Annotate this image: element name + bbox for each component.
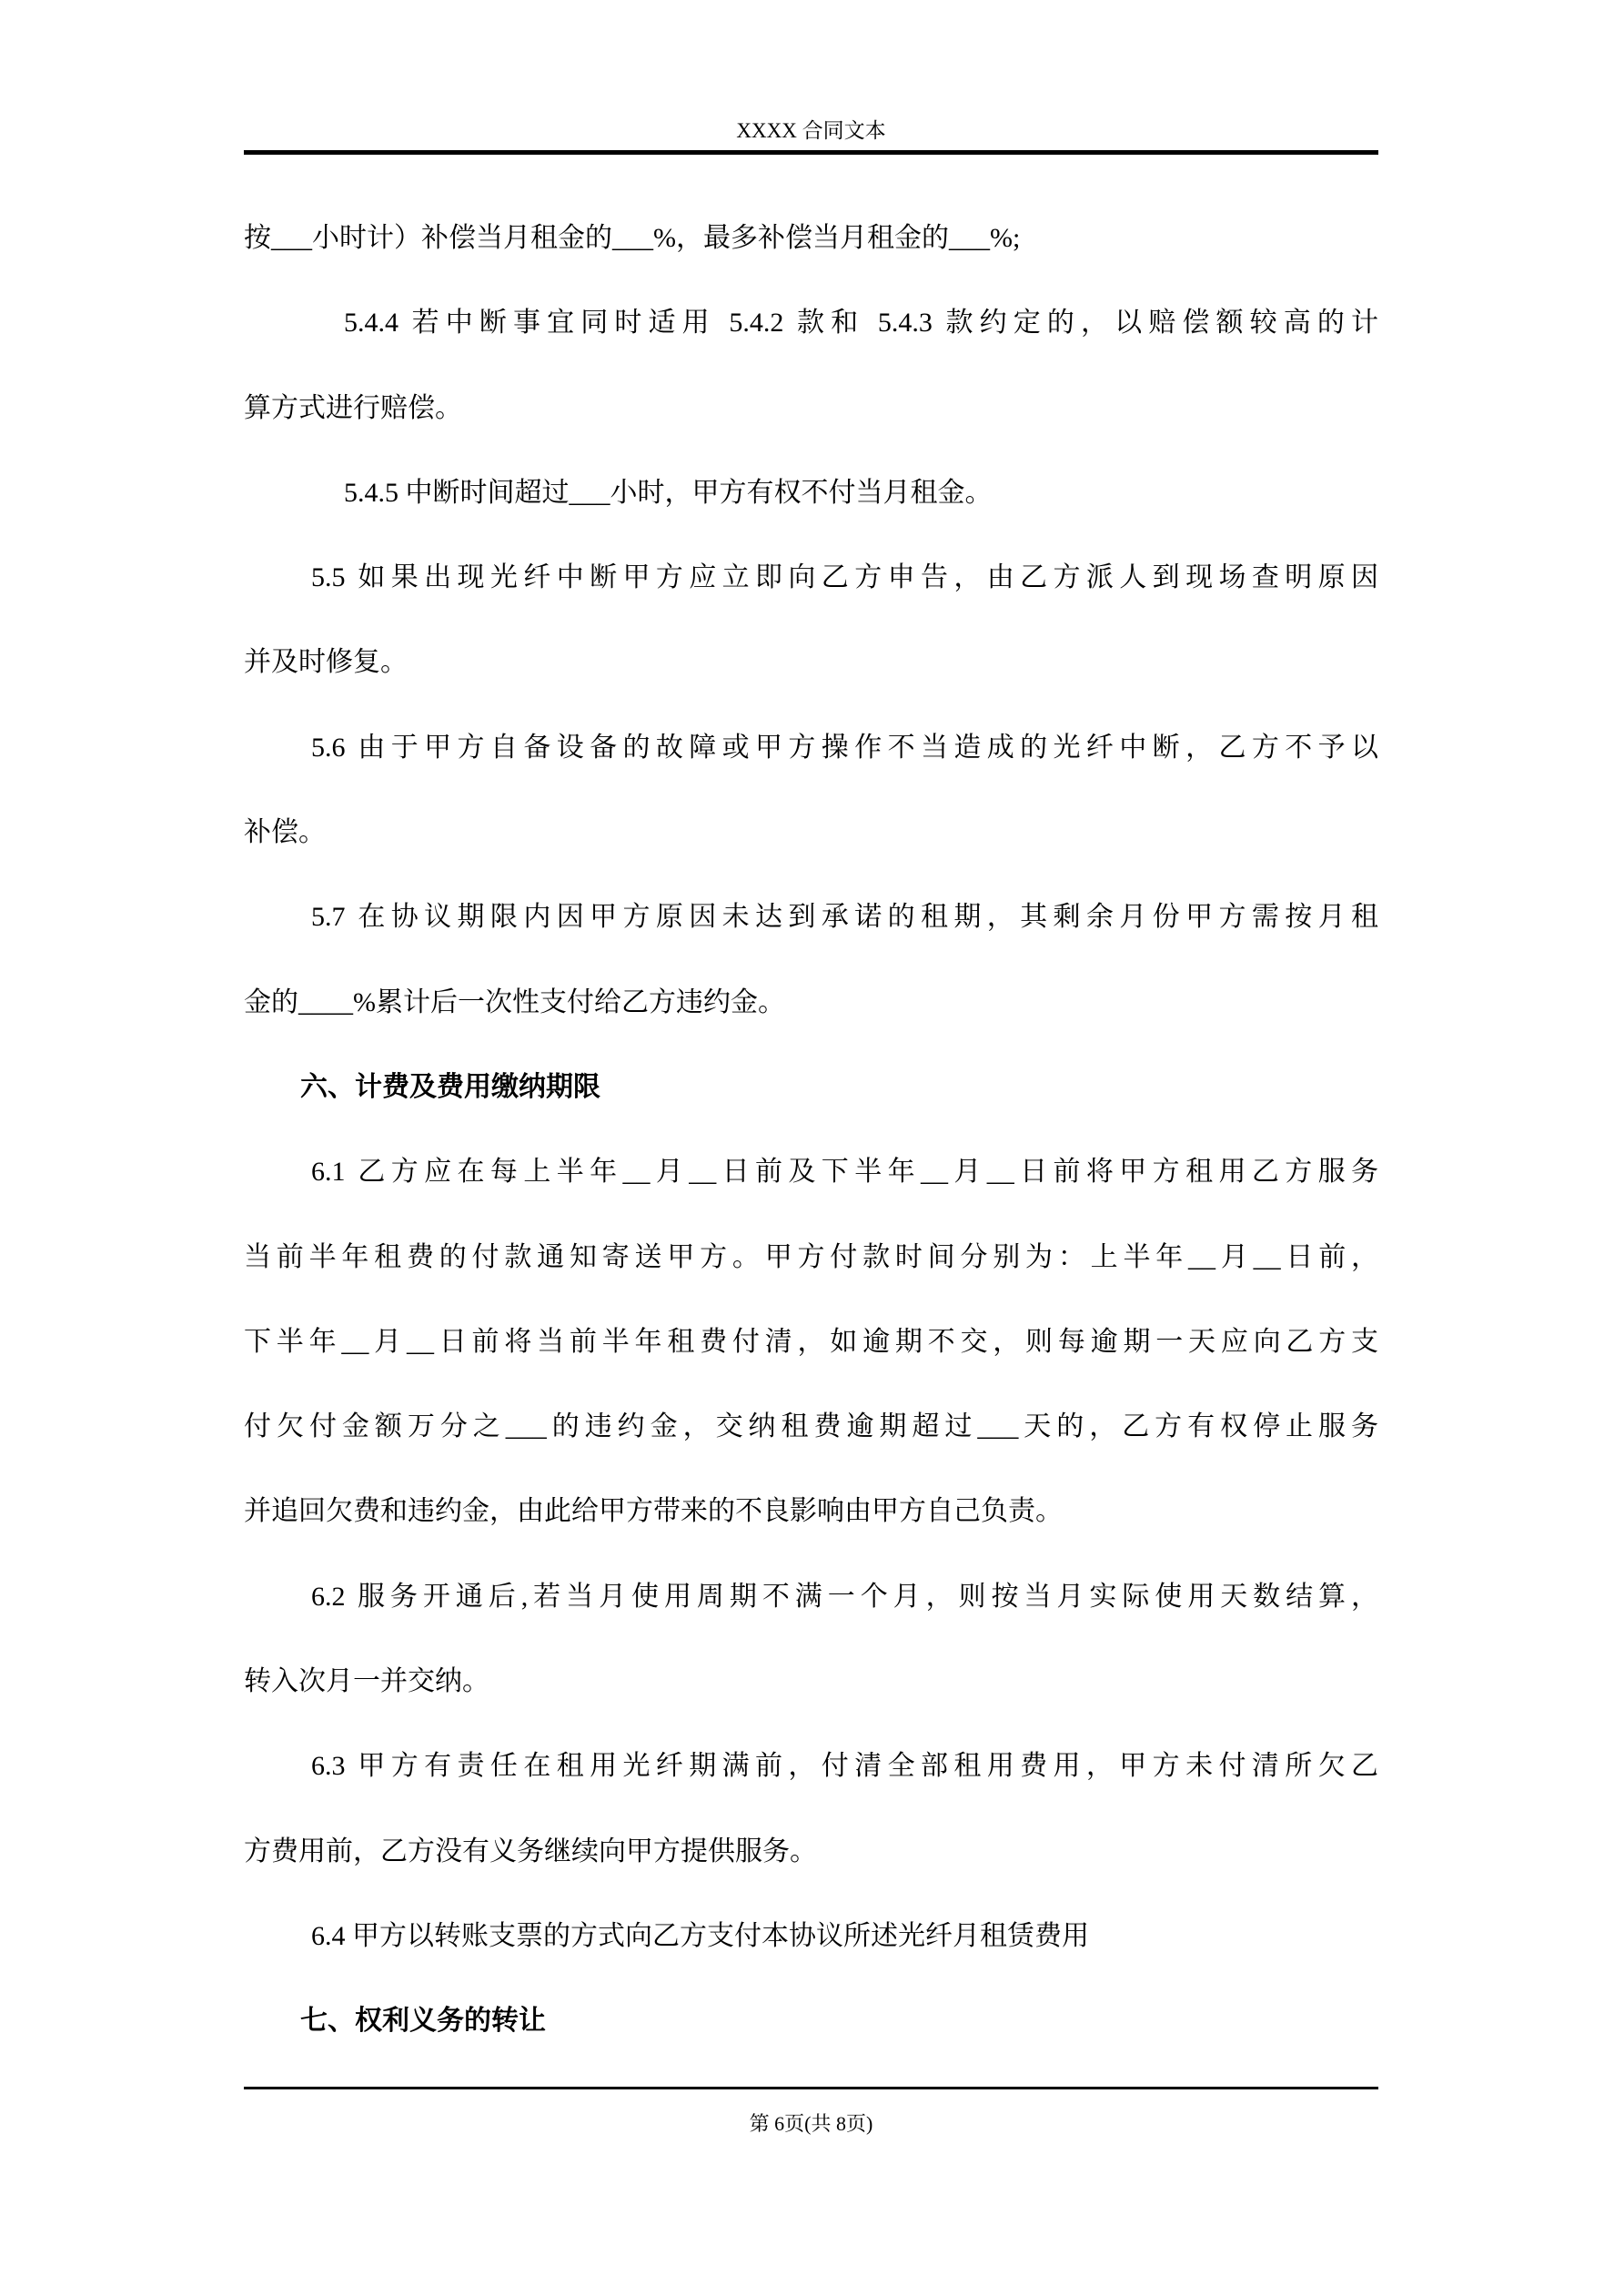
document-line: 6.4 甲方以转账支票的方式向乙方支付本协议所述光纤月租赁费用 xyxy=(244,1894,1378,1978)
document-line: 5.6 由于甲方自备设备的故障或甲方操作不当造成的光纤中断，乙方不予以 xyxy=(244,705,1378,790)
document-line: 按___小时计）补偿当月租金的___%，最多补偿当月租金的___%; xyxy=(244,196,1378,280)
document-page: XXXX 合同文本 按___小时计）补偿当月租金的___%，最多补偿当月租金的_… xyxy=(0,0,1624,2296)
header-divider xyxy=(244,150,1378,155)
page-header: XXXX 合同文本 xyxy=(244,118,1378,144)
document-line: 并追回欠费和违约金，由此给甲方带来的不良影响由甲方自己负责。 xyxy=(244,1469,1378,1553)
document-line: 当前半年租费的付款通知寄送甲方。甲方付款时间分别为：上半年__月__日前， xyxy=(244,1215,1378,1300)
document-line: 5.5 如果出现光纤中断甲方应立即向乙方申告，由乙方派人到现场查明原因 xyxy=(244,535,1378,620)
document-body: 按___小时计）补偿当月租金的___%，最多补偿当月租金的___%;5.4.4 … xyxy=(244,196,1378,2064)
document-line: 七、权利义务的转让 xyxy=(244,1978,1378,2063)
document-line: 下半年__月__日前将当前半年租费付清，如逾期不交，则每逾期一天应向乙方支 xyxy=(244,1300,1378,1384)
document-line: 5.4.5 中断时间超过___小时，甲方有权不付当月租金。 xyxy=(244,450,1378,535)
page-footer: 第 6页(共 8页) xyxy=(244,2111,1378,2137)
document-line: 6.2 服务开通后,若当月使用周期不满一个月，则按当月实际使用天数结算， xyxy=(244,1554,1378,1639)
document-line: 方费用前，乙方没有义务继续向甲方提供服务。 xyxy=(244,1809,1378,1894)
document-line: 5.7 在协议期限内因甲方原因未达到承诺的租期，其剩余月份甲方需按月租 xyxy=(244,875,1378,959)
document-line: 并及时修复。 xyxy=(244,620,1378,704)
document-line: 付欠付金额万分之___的违约金，交纳租费逾期超过___天的，乙方有权停止服务 xyxy=(244,1384,1378,1469)
document-line: 5.4.4 若中断事宜同时适用 5.4.2 款和 5.4.3 款约定的，以赔偿额… xyxy=(244,280,1378,365)
document-line: 金的____%累计后一次性支付给乙方违约金。 xyxy=(244,960,1378,1045)
document-line: 算方式进行赔偿。 xyxy=(244,366,1378,450)
footer-page-number: 第 6页(共 8页) xyxy=(750,2112,873,2135)
header-title: XXXX 合同文本 xyxy=(736,119,885,142)
document-line: 六、计费及费用缴纳期限 xyxy=(244,1045,1378,1129)
document-line: 补偿。 xyxy=(244,790,1378,875)
document-line: 转入次月一并交纳。 xyxy=(244,1639,1378,1724)
footer-divider xyxy=(244,2087,1378,2089)
document-line: 6.3 甲方有责任在租用光纤期满前，付清全部租用费用，甲方未付清所欠乙 xyxy=(244,1724,1378,1808)
document-line: 6.1 乙方应在每上半年__月__日前及下半年__月__日前将甲方租用乙方服务 xyxy=(244,1129,1378,1214)
